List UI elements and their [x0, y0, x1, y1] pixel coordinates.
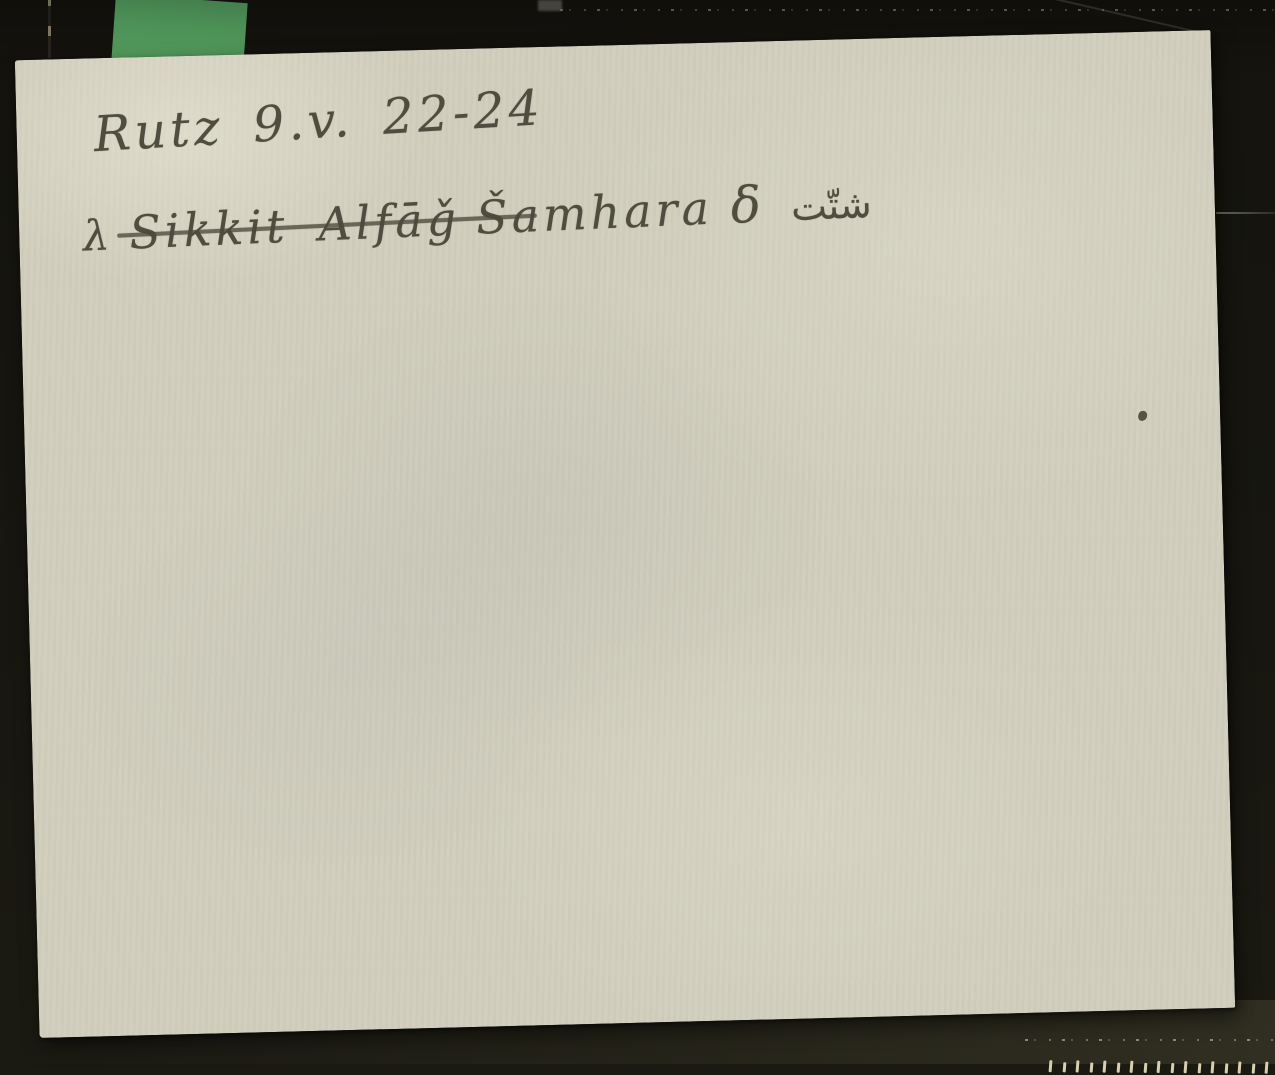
arabic-word: شتّت [790, 182, 872, 229]
ruler-tick [1062, 1062, 1065, 1072]
ruler-tick [1130, 1061, 1133, 1073]
ruler-tick [1089, 1062, 1092, 1072]
ruler-tick [1157, 1061, 1160, 1073]
dust-scratch-line-top [560, 9, 1275, 11]
ruler-tick [1103, 1061, 1106, 1073]
ruler-tick [1224, 1063, 1227, 1073]
ink-dot [1138, 411, 1147, 421]
ruler-ticks [1049, 1060, 1275, 1075]
dust-scratch-line-bottom [1025, 1039, 1275, 1041]
ruler-tick [1116, 1063, 1119, 1073]
ruler-tick [1170, 1063, 1173, 1073]
ruler-tick [1197, 1063, 1200, 1073]
ruler-tick [1049, 1060, 1052, 1072]
top-edge-speck [538, 0, 562, 11]
ruler-tick [1211, 1061, 1214, 1073]
index-card: Rutz 9.v. 22-24 λSikkitAlfāǧŠamharaδشتّت [15, 30, 1235, 1038]
word-shamhara: Šamhara [475, 181, 714, 245]
ruler-tick [1251, 1064, 1254, 1074]
ruler-tick [1143, 1063, 1146, 1073]
ruler-tick [1238, 1061, 1241, 1073]
lead-mark: λ [82, 210, 115, 260]
ruler-tick [1265, 1062, 1268, 1074]
ruler-tick [1076, 1060, 1079, 1072]
scratch-mark-top-left [48, 0, 51, 58]
scratch-mark-right-edge [1216, 212, 1275, 214]
ruler-tick [1184, 1061, 1187, 1073]
delta-symbol: δ [730, 175, 767, 234]
handwriting-line1: Rutz 9.v. 22-24 [92, 79, 545, 163]
scanner-background: Rutz 9.v. 22-24 λSikkitAlfāǧŠamharaδشتّت [0, 0, 1275, 1075]
